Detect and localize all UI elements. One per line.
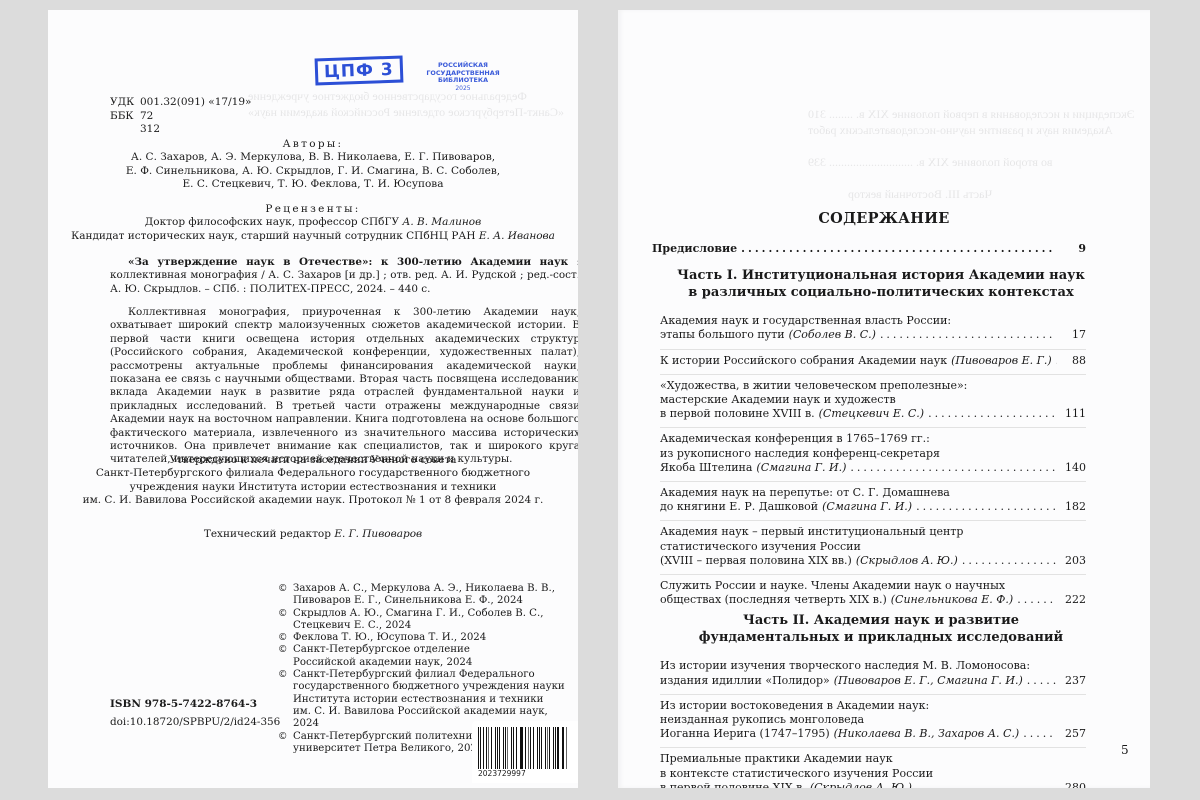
toc-page-number: 237	[1060, 674, 1086, 688]
toc-entry-list: Из истории изучения творческого наследия…	[652, 658, 1086, 788]
toc-entry-title-line: обществах (последняя четверть XIX в.)	[660, 593, 887, 607]
abstract-text: Коллективная монография, приуроченная к …	[110, 306, 578, 467]
toc-entry-title-line: этапы большого пути	[660, 328, 785, 342]
copyright-line: Скрыдлов А. Ю., Смагина Г. И., Соболев В…	[293, 608, 543, 620]
part-heading-line: Часть I. Институциональная история Акаде…	[652, 268, 1110, 285]
leader-dots	[880, 328, 1056, 342]
reviewer-line: Кандидат исторических наук, старший науч…	[48, 230, 578, 243]
barcode-number: 2023729997	[478, 769, 548, 778]
toc-page-number: 257	[1060, 727, 1086, 741]
authors-line: Е. Ф. Синельникова, А. Ю. Скрыдлов, Г. И…	[48, 165, 578, 178]
cpf-stamp: ЦПФ 3	[315, 55, 403, 85]
toc-entry-author: (Пивоваров Е. Г.)	[951, 354, 1052, 368]
toc-entry-author: (Синельникова Е. Ф.)	[891, 593, 1013, 607]
toc-entry[interactable]: Служить России и науке. Члены Академии н…	[660, 574, 1086, 607]
technical-editor-name: Е. Г. Пивоваров	[334, 528, 422, 540]
reviewer-title: Доктор философских наук, профессор СПбГУ	[145, 216, 403, 228]
part-heading-line: фундаментальных и прикладных исследовани…	[652, 630, 1110, 647]
toc-entry-title-line: К истории Российского собрания Академии …	[660, 354, 947, 368]
toc-entry-author: (Смагина Г. И.)	[822, 500, 912, 514]
copyright-item: ©Скрыдлов А. Ю., Смагина Г. И., Соболев …	[278, 608, 568, 633]
copyright-item: ©Захаров А. С., Меркулова А. Э., Николае…	[278, 583, 568, 608]
leader-dots	[916, 500, 1056, 514]
toc-entry-title-line: в первой половине XVIII в.	[660, 407, 815, 421]
copyright-line: государственного бюджетного учреждения н…	[293, 681, 568, 693]
udk-value: 001.32(091) «17/19»	[140, 96, 251, 110]
copyright-line: Пивоваров Е. Г., Синельникова Е. Ф., 202…	[293, 595, 555, 607]
copyright-item: ©Санкт-Петербургское отделениеРоссийской…	[278, 644, 568, 669]
toc-entry-author: (Стецкевич Е. С.)	[819, 407, 924, 421]
right-page-contents: Экспедиции и исследования в первой полов…	[618, 10, 1150, 788]
authors-line: А. С. Захаров, А. Э. Меркулова, В. В. Ни…	[48, 151, 578, 164]
approval-notice: Утверждено к печати на заседании Ученого…	[48, 454, 578, 507]
toc-page-number: 182	[1060, 500, 1086, 514]
leader-dots	[1027, 674, 1056, 688]
copyright-line: Захаров А. С., Меркулова А. Э., Николаев…	[293, 583, 555, 595]
udk-label: УДК	[110, 96, 140, 110]
copyright-icon: ©	[278, 608, 293, 633]
toc-parts: Часть I. Институциональная история Акаде…	[652, 268, 1086, 788]
reviewer-name: А. В. Малинов	[402, 216, 481, 228]
toc-entry-title-line: Академия наук – первый институциональный…	[660, 525, 1086, 539]
leader-dots	[928, 407, 1056, 421]
toc-entry[interactable]: Академия наук – первый институциональный…	[660, 520, 1086, 568]
authors-heading: Авторы:	[48, 138, 578, 151]
classification-codes: УДК001.32(091) «17/19» ББК72 312	[110, 96, 251, 137]
copyright-line: Российской академии наук, 2024	[293, 657, 472, 669]
copyright-icon: ©	[278, 583, 293, 608]
copyright-icon: ©	[278, 731, 293, 756]
toc-page-number: 88	[1060, 354, 1086, 368]
approval-line: Утверждено к печати на заседании Ученого…	[48, 454, 578, 467]
toc-page-number: 17	[1060, 328, 1086, 342]
copyright-line: Феклова Т. Ю., Юсупова Т. И., 2024	[293, 632, 486, 644]
toc-page-number: 111	[1060, 407, 1086, 421]
toc-entry-title-line: Академия наук на перепутье: от С. Г. Дом…	[660, 486, 1086, 500]
toc-entry[interactable]: Из истории изучения творческого наследия…	[660, 658, 1086, 687]
reviewer-name: Е. А. Иванова	[479, 230, 555, 242]
toc-entry-title-line: Из истории изучения творческого наследия…	[660, 659, 1086, 673]
toc-entry-author: (Смагина Г. И.)	[756, 461, 846, 475]
copyright-line: Института истории естествознания и техни…	[293, 694, 568, 706]
approval-line: им. С. И. Вавилова Российской академии н…	[48, 494, 578, 507]
bleed-through-text: Академия наук и развитие научно-исследов…	[808, 122, 1113, 138]
doi: doi:10.18720/SPBPU/2/id24-356	[110, 716, 280, 728]
toc-entry-title-line: (XVIII – первая половина XIX вв.)	[660, 554, 852, 568]
page-number: 5	[1121, 743, 1129, 757]
technical-editor-label: Технический редактор	[204, 528, 334, 540]
reviewers-block: Рецензенты: Доктор философских наук, про…	[48, 203, 578, 243]
copyright-line: Санкт-Петербургское отделение	[293, 644, 472, 656]
book-title: «За утверждение наук в Отечестве»: к 300…	[128, 256, 568, 268]
isbn: ISBN 978-5-7422-8764-3	[110, 698, 257, 710]
toc-entry-preface[interactable]: Предисловие 9	[652, 242, 1086, 256]
library-stamp: РОССИЙСКАЯ ГОСУДАРСТВЕННАЯ БИБЛИОТЕКА 20…	[418, 62, 508, 92]
toc-entry[interactable]: «Художества, в житии человеческом препол…	[660, 374, 1086, 422]
left-page-imprint: Федеральное государственное бюджетное уч…	[48, 10, 578, 788]
barcode-bars	[478, 727, 570, 769]
toc-entry-author: (Скрыдлов А. Ю.)	[810, 781, 912, 788]
barcode-sticker: 2023729997	[472, 721, 578, 783]
toc-entry-title-line: до княгини Е. Р. Дашковой	[660, 500, 818, 514]
toc-entry-title-line: Иоганна Иерига (1747–1795)	[660, 727, 830, 741]
leader-dots	[1017, 593, 1056, 607]
reviewer-title: Кандидат исторических наук, старший науч…	[71, 230, 479, 242]
toc-entry-title-line: неизданная рукопись монголоведа	[660, 713, 1086, 727]
toc-entry-author: (Скрыдлов А. Ю.)	[856, 554, 958, 568]
toc-entry-title-line: Якоба Штелина	[660, 461, 752, 475]
toc-page-number: 280	[1060, 781, 1086, 788]
toc-entry-title-line: Премиальные практики Академии наук	[660, 752, 1086, 766]
reviewers-heading: Рецензенты:	[48, 203, 578, 216]
authors-block: Авторы: А. С. Захаров, А. Э. Меркулова, …	[48, 138, 578, 191]
approval-line: Санкт-Петербургского филиала Федеральног…	[48, 467, 578, 480]
copyright-item: ©Феклова Т. Ю., Юсупова Т. И., 2024	[278, 632, 568, 644]
toc-page-number: 140	[1060, 461, 1086, 475]
toc-entry-title-line: в контексте статистического изучения Рос…	[660, 767, 1086, 781]
toc-page-number: 222	[1060, 593, 1086, 607]
toc-entry-title-line: статистического изучения России	[660, 540, 1086, 554]
toc-entry[interactable]: К истории Российского собрания Академии …	[660, 349, 1086, 368]
library-stamp-year: 2025	[418, 85, 508, 93]
contents-title: СОДЕРЖАНИЕ	[618, 210, 1150, 227]
copyright-line: Стецкевич Е. С., 2024	[293, 620, 543, 632]
toc-entry-title-line: в первой половине XIX в.	[660, 781, 806, 788]
leader-dots	[850, 461, 1056, 475]
toc-entry-title: Предисловие	[652, 242, 737, 256]
technical-editor: Технический редактор Е. Г. Пивоваров	[48, 528, 578, 541]
bleed-through-text: во второй половине XIX в. ..............…	[808, 154, 1053, 170]
toc-entry-list: Академия наук и государственная власть Р…	[652, 313, 1086, 607]
toc-part-heading[interactable]: Часть I. Институциональная история Акаде…	[652, 268, 1110, 301]
toc-entry-title-line: Академия наук и государственная власть Р…	[660, 314, 1086, 328]
toc-entry-title-line: Академическая конференция в 1765–1769 гг…	[660, 432, 1086, 446]
bleed-through-text: «Санкт-Петербургское отделение Российско…	[248, 104, 564, 120]
reviewer-line: Доктор философских наук, профессор СПбГУ…	[48, 216, 578, 229]
toc-entry-title-line: Служить России и науке. Члены Академии н…	[660, 579, 1086, 593]
toc-entry-author: (Николаева В. В., Захаров А. С.)	[834, 727, 1020, 741]
toc-entry-title-line: мастерские Академии наук и художеств	[660, 393, 1086, 407]
library-stamp-line: БИБЛИОТЕКА	[418, 77, 508, 85]
bleed-through-text: Экспедиции и исследования в первой полов…	[808, 106, 1135, 122]
toc-page-number: 203	[1060, 554, 1086, 568]
toc-page-number: 9	[1060, 242, 1086, 256]
toc-entry-title-line: из рукописного наследия конференц-секрет…	[660, 447, 1086, 461]
copyright-icon: ©	[278, 644, 293, 669]
authors-line: Е. С. Стецкевич, Т. Ю. Феклова, Т. И. Юс…	[48, 178, 578, 191]
part-heading-line: Часть II. Академия наук и развитие	[652, 613, 1110, 630]
bibliographic-record: «За утверждение наук в Отечестве»: к 300…	[110, 256, 578, 296]
toc-entry-title-line: издания идиллии «Полидор»	[660, 674, 830, 688]
toc-entry-title-line: «Художества, в житии человеческом препол…	[660, 379, 1086, 393]
toc-entry-author: (Соболев В. С.)	[789, 328, 876, 342]
author-mark: 312	[110, 123, 251, 137]
toc-entry-title-line: Из истории востоковедения в Академии нау…	[660, 699, 1086, 713]
bbk-label: ББК	[110, 110, 140, 124]
table-of-contents: Предисловие 9 Часть I. Институциональная…	[652, 242, 1086, 788]
toc-entry[interactable]: Академическая конференция в 1765–1769 гг…	[660, 427, 1086, 475]
toc-entry[interactable]: Академия наук на перепутье: от С. Г. Дом…	[660, 481, 1086, 514]
bbk-value: 72	[140, 110, 153, 124]
leader-dots	[962, 554, 1056, 568]
leader-dots	[1023, 727, 1056, 741]
leader-dots	[916, 781, 1056, 788]
toc-entry-author: (Пивоваров Е. Г., Смагина Г. И.)	[834, 674, 1023, 688]
approval-line: учреждения науки Института истории естес…	[48, 481, 578, 494]
part-heading-line: в различных социально-политических конте…	[652, 285, 1110, 302]
toc-entry[interactable]: Из истории востоковедения в Академии нау…	[660, 694, 1086, 742]
toc-part-heading[interactable]: Часть II. Академия наук и развитиефундам…	[652, 613, 1110, 646]
toc-entry[interactable]: Премиальные практики Академии наукв конт…	[660, 747, 1086, 788]
toc-entry[interactable]: Академия наук и государственная власть Р…	[660, 313, 1086, 342]
leader-dots	[741, 242, 1056, 256]
bleed-through-text: Часть III. Восточный вектор	[848, 186, 992, 202]
copyright-line: Санкт-Петербургский филиал Федерального	[293, 669, 568, 681]
copyright-icon: ©	[278, 632, 293, 644]
